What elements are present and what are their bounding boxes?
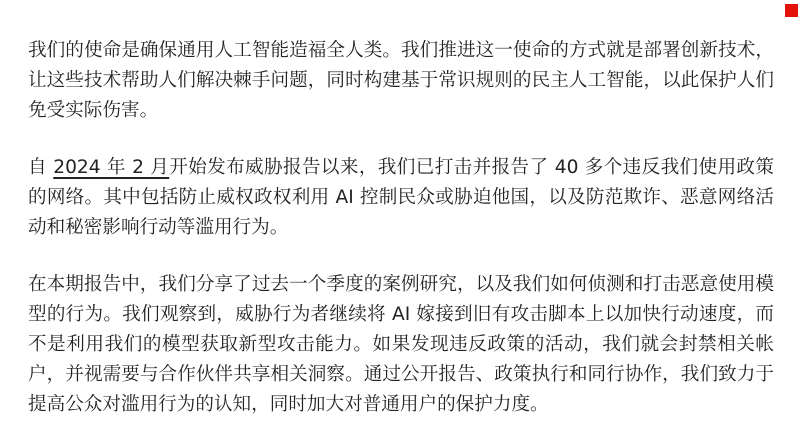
red-square-marker (785, 4, 798, 17)
document-body: 我们的使命是确保通用人工智能造福全人类。我们推进这一使命的方式就是部署创新技术，… (28, 36, 774, 420)
paragraph-quarterly-cases: 在本期报告中，我们分享了过去一个季度的案例研究，以及我们如何侦测和打击恶意使用模… (28, 270, 774, 420)
threat-report-date-link[interactable]: 2024 年 2 月 (53, 157, 169, 178)
paragraph-mission: 我们的使命是确保通用人工智能造福全人类。我们推进这一使命的方式就是部署创新技术，… (28, 36, 774, 126)
paragraph-threat-report-prefix: 自 (28, 157, 53, 178)
paragraph-threat-report: 自 2024 年 2 月开始发布威胁报告以来，我们已打击并报告了 40 多个违反… (28, 153, 774, 243)
